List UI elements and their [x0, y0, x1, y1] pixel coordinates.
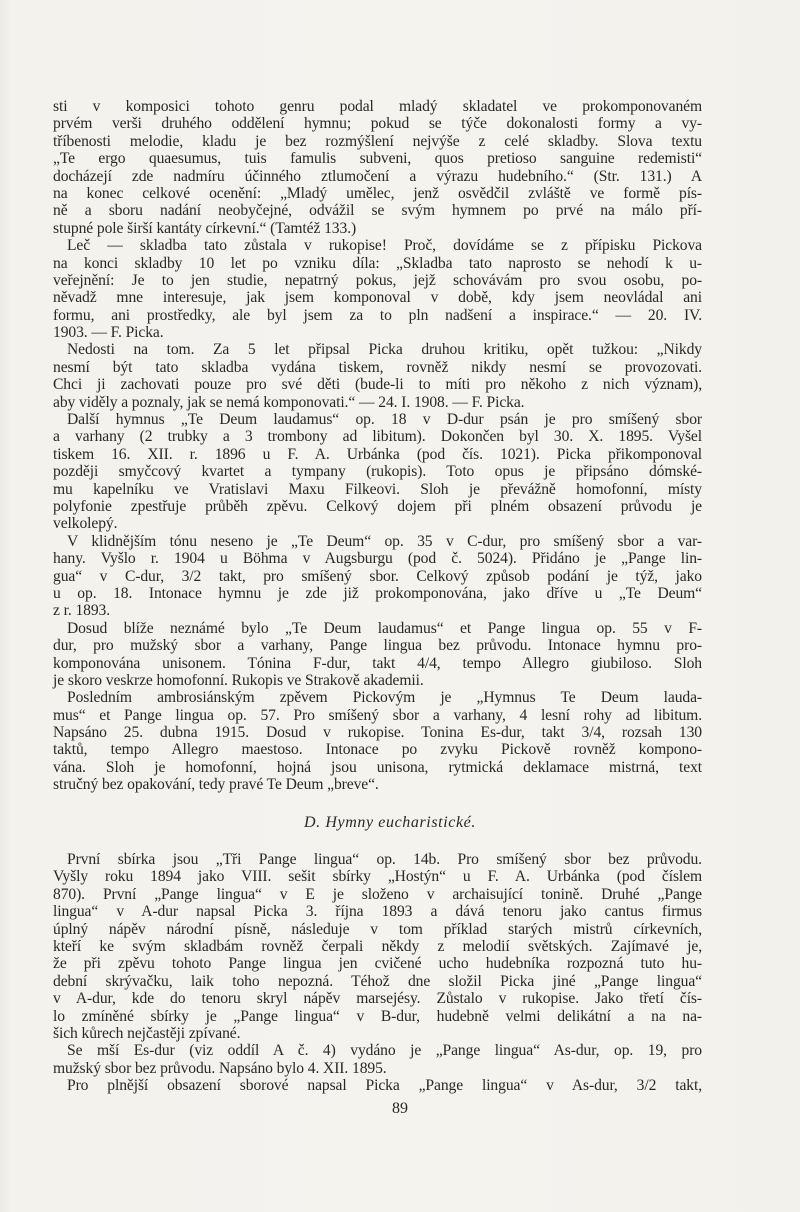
paragraph-start-line: Leč — skladba tato zůstala v rukopise! P…	[53, 237, 702, 254]
text-line: aby viděly a poznaly, jak se nemá kompon…	[53, 394, 702, 411]
text-line: gua“ v C-dur, 3/2 takt, pro smíšený sbor…	[53, 568, 702, 585]
text-line: šich kůrech nejčastěji zpívané.	[53, 1025, 702, 1042]
scanned-book-page: sti v komposici tohoto genru podal mladý…	[0, 0, 800, 1212]
text-line: velkolepý.	[53, 515, 702, 532]
text-line: vána. Sloh je homofonní, hojná jsou unis…	[53, 759, 702, 776]
text-line: 870). První „Pange lingua“ v E je složen…	[53, 886, 702, 903]
text-line: dur, pro mužský sbor a varhany, Pange li…	[53, 637, 702, 654]
text-line: z r. 1893.	[53, 602, 702, 619]
body-text-section-c: sti v komposici tohoto genru podal mladý…	[53, 98, 702, 794]
text-line: tříbenosti melodie, kladu je bez rozmýšl…	[53, 133, 702, 150]
text-line: lo zmíněné sbírky je „Pange lingua“ v B-…	[53, 1008, 702, 1025]
text-line: tiskem 16. XII. r. 1896 u F. A. Urbánka …	[53, 446, 702, 463]
text-line: kteří ke svým skladbám rovněž čerpali ně…	[53, 938, 702, 955]
text-line: že při zpěvu tohoto Pange lingua jen cvi…	[53, 955, 702, 972]
text-line: na konec celkové ocenění: „Mladý umělec,…	[53, 185, 702, 202]
paragraph-start-line: První sbírka jsou „Tři Pange lingua“ op.…	[53, 851, 702, 868]
text-line: něvadž mne interesuje, jak jsem komponov…	[53, 289, 702, 306]
text-line: taktů, tempo Allegro maestoso. Intonace …	[53, 741, 702, 758]
paragraph-start-line: Dosud blíže neznámé bylo „Te Deum laudam…	[53, 620, 702, 637]
text-line: docházejí zde nadmíru účinného ztlumočen…	[53, 168, 702, 185]
paragraph-start-line: V klidnějším tónu neseno je „Te Deum“ op…	[53, 533, 702, 550]
paragraph-start-line: Nedosti na tom. Za 5 let připsal Picka d…	[53, 341, 702, 358]
text-line: mu kapelníku ve Vratislavi Maxu Filkeovi…	[53, 481, 702, 498]
text-line: v A-dur, kde do tenoru skryl nápěv marse…	[53, 990, 702, 1007]
text-line: stupné pole širší kantáty církevní.“ (Ta…	[53, 220, 702, 237]
text-line: a varhany (2 trubky a 3 trombony ad libi…	[53, 428, 702, 445]
text-line: veřejnění: Je to jen studie, nepatrný po…	[53, 272, 702, 289]
paragraph-start-line: Další hymnus „Te Deum laudamus“ op. 18 v…	[53, 411, 702, 428]
text-line: později smyčcový kvartet a tympany (ruko…	[53, 463, 702, 480]
text-line: u op. 18. Intonace hymnu je zde již prok…	[53, 585, 702, 602]
text-line: hany. Vyšlo r. 1904 u Böhma v Augsburgu …	[53, 550, 702, 567]
paragraph-start-line: Posledním ambrosiánským zpěvem Pickovým …	[53, 689, 702, 706]
text-line: formu, ani prostředky, ale byl jsem za t…	[53, 307, 702, 324]
text-line: „Te ergo quaesumus, tuis famulis subveni…	[53, 150, 702, 167]
paragraph-start-line: Se mší Es-dur (viz oddíl A č. 4) vydáno …	[53, 1042, 702, 1059]
text-line: Chci ji zachovati pouze pro své děti (bu…	[53, 376, 702, 393]
text-line: Napsáno 25. dubna 1915. Dosud v rukopise…	[53, 724, 702, 741]
text-line: úplný nápěv národní písně, následuje v t…	[53, 921, 702, 938]
text-line: nesmí být tato skladba vydána tiskem, ro…	[53, 359, 702, 376]
text-line: dební skrývačku, laik toho nepozná. Tého…	[53, 973, 702, 990]
text-line: ně a sboru nadání neobyčejné, odvážil se…	[53, 202, 702, 219]
text-line: komponována unisonem. Tónina F-dur, takt…	[53, 655, 702, 672]
text-line: Vyšly roku 1894 jako VIII. sešit sbírky …	[53, 868, 702, 885]
text-line: je skoro veskrze homofonní. Rukopis ve S…	[53, 672, 702, 689]
text-line: stručný bez opakování, tedy pravé Te Deu…	[53, 776, 702, 793]
body-text-section-d: První sbírka jsou „Tři Pange lingua“ op.…	[53, 851, 702, 1094]
text-line: prvém verši druhého oddělení hymnu; poku…	[53, 115, 702, 132]
text-line: lingua“ v A-dur napsal Picka 3. října 18…	[53, 903, 702, 920]
page-number: 89	[0, 1100, 800, 1118]
section-heading-text: D. Hymny eucharistické.	[304, 814, 476, 832]
paragraph-start-line: Pro plnější obsazení sborové napsal Pick…	[53, 1077, 702, 1094]
text-line: sti v komposici tohoto genru podal mladý…	[53, 98, 702, 115]
text-line: polyfonie zpestřuje průběh zpěvu. Celkov…	[53, 498, 702, 515]
text-line: 1903. — F. Picka.	[53, 324, 702, 341]
text-line: na konci skladby 10 let po vzniku díla: …	[53, 255, 702, 272]
section-heading: D. Hymny eucharistické.	[0, 814, 800, 832]
text-line: mus“ et Pange lingua op. 57. Pro smíšený…	[53, 707, 702, 724]
text-line: mužský sbor bez průvodu. Napsáno bylo 4.…	[53, 1060, 702, 1077]
